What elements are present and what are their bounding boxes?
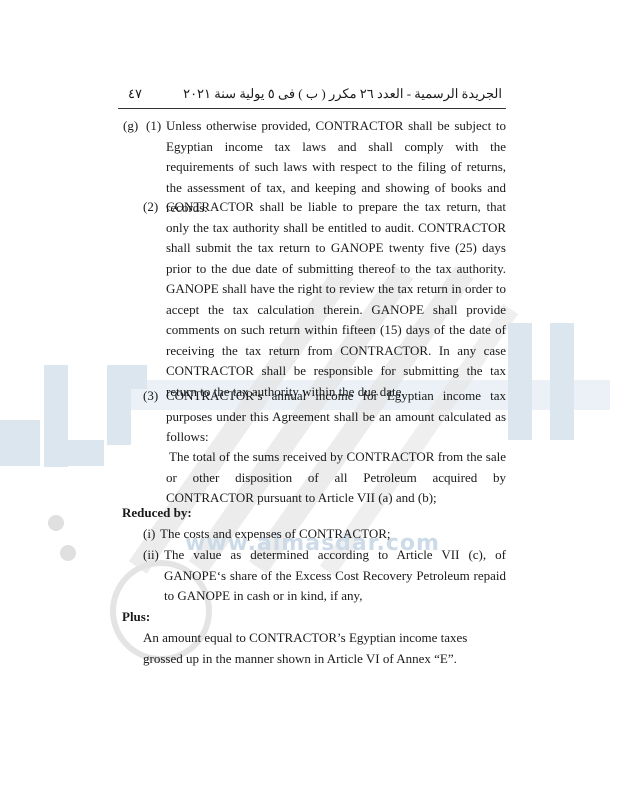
- item-2-number: (2): [143, 197, 158, 218]
- gazette-title: الجريدة الرسمية - العدد ٢٦ مكرر ( ب ) فى…: [183, 86, 506, 102]
- page-number: ٤٧: [118, 86, 142, 102]
- item-1-number: (1): [146, 116, 161, 137]
- plus-text: An amount equal to CONTRACTOR’s Egyptian…: [143, 628, 506, 669]
- reduced-item-ii-number: (ii): [143, 545, 159, 566]
- item-3-text: CONTRACTOR’s annual income for Egyptian …: [166, 386, 506, 448]
- item-3-subtext: The total of the sums received by CONTRA…: [166, 447, 506, 509]
- reduced-item-i-number: (i): [143, 524, 155, 545]
- reduced-by-heading: Reduced by:: [122, 503, 192, 524]
- item-2-text: CONTRACTOR shall be liable to prepare th…: [166, 197, 506, 402]
- page-header: ٤٧ الجريدة الرسمية - العدد ٢٦ مكرر ( ب )…: [118, 86, 506, 109]
- plus-heading: Plus:: [122, 607, 150, 628]
- reduced-item-ii-text: The value as determined according to Art…: [164, 545, 506, 607]
- reduced-item-i-text: The costs and expenses of CONTRACTOR;: [160, 524, 506, 545]
- section-g-label: (g): [123, 116, 138, 137]
- item-3-number: (3): [143, 386, 158, 407]
- document-page: ٤٧ الجريدة الرسمية - العدد ٢٦ مكرر ( ب )…: [0, 0, 618, 800]
